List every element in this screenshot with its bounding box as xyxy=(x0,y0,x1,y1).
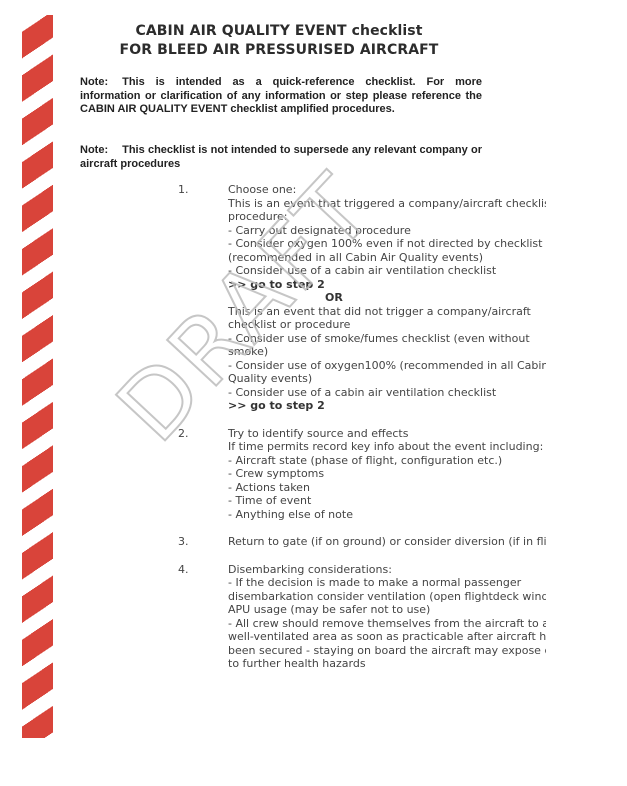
step-line: - If the decision is made to make a norm… xyxy=(228,576,546,590)
title-line-2: FOR BLEED AIR PRESSURISED AIRCRAFT xyxy=(80,41,478,60)
step-line: - Crew symptoms xyxy=(228,467,546,481)
step-line: Try to identify source and effects xyxy=(228,427,546,441)
step-line: - Consider use of a cabin air ventilatio… xyxy=(228,264,546,278)
step-line: disembarkation consider ventilation (ope… xyxy=(228,590,546,604)
step-body: Disembarking considerations: - If the de… xyxy=(228,563,546,671)
step-line: - Aircraft state (phase of flight, confi… xyxy=(228,454,546,468)
or-separator: OR xyxy=(228,291,546,305)
step-number: 4. xyxy=(178,563,189,577)
goto-step-2-link: >> go to step 2 xyxy=(228,278,546,292)
title-line-1: CABIN AIR QUALITY EVENT checklist xyxy=(80,22,478,41)
step-line: This is an event that triggered a compan… xyxy=(228,197,546,211)
note-text: This checklist is not intended to supers… xyxy=(80,144,482,170)
step-line: If time permits record key info about th… xyxy=(228,440,546,454)
step-4: 4. Disembarking considerations: - If the… xyxy=(0,563,546,671)
note-label: Note: xyxy=(80,76,108,88)
step-line: APU usage (may be safer not to use) xyxy=(228,603,546,617)
note-label: Note: xyxy=(80,144,108,156)
step-line: Quality events) xyxy=(228,372,546,386)
step-line: - Anything else of note xyxy=(228,508,546,522)
step-line: - All crew should remove themselves from… xyxy=(228,617,546,631)
document-title: CABIN AIR QUALITY EVENT checklist FOR BL… xyxy=(80,22,478,60)
note-quick-reference: Note:This is intended as a quick-referen… xyxy=(80,76,482,117)
step-line: - Carry out designated procedure xyxy=(228,224,546,238)
step-body: Return to gate (if on ground) or conside… xyxy=(228,535,546,549)
checklist-steps: 1. Choose one: This is an event that tri… xyxy=(0,183,546,683)
step-number: 1. xyxy=(178,183,189,197)
step-line: well-ventilated area as soon as practica… xyxy=(228,630,546,644)
step-body: Choose one: This is an event that trigge… xyxy=(228,183,546,413)
step-number: 3. xyxy=(178,535,189,549)
step-line: smoke) xyxy=(228,345,546,359)
step-line: been secured - staying on board the airc… xyxy=(228,644,546,658)
step-line: Return to gate (if on ground) or conside… xyxy=(228,535,546,549)
step-line: (recommended in all Cabin Air Quality ev… xyxy=(228,251,546,265)
step-line: This is an event that did not trigger a … xyxy=(228,305,546,319)
step-3: 3. Return to gate (if on ground) or cons… xyxy=(0,535,546,549)
step-line: procedure: xyxy=(228,210,546,224)
step-line: to further health hazards xyxy=(228,657,546,671)
step-number: 2. xyxy=(178,427,189,441)
step-line: - Consider oxygen 100% even if not direc… xyxy=(228,237,546,251)
step-2: 2. Try to identify source and effects If… xyxy=(0,427,546,522)
note-supersede: Note:This checklist is not intended to s… xyxy=(80,144,482,171)
step-line: checklist or procedure xyxy=(228,318,546,332)
step-body: Try to identify source and effects If ti… xyxy=(228,427,546,522)
step-1: 1. Choose one: This is an event that tri… xyxy=(0,183,546,413)
step-line: - Consider use of oxygen100% (recommende… xyxy=(228,359,546,373)
note-text: This is intended as a quick-reference ch… xyxy=(80,76,482,115)
step-line: - Consider use of a cabin air ventilatio… xyxy=(228,386,546,400)
step-line: Choose one: xyxy=(228,183,546,197)
step-line: Disembarking considerations: xyxy=(228,563,546,577)
step-line: - Time of event xyxy=(228,494,546,508)
step-line: - Consider use of smoke/fumes checklist … xyxy=(228,332,546,346)
goto-step-2-link: >> go to step 2 xyxy=(228,399,546,413)
step-line: - Actions taken xyxy=(228,481,546,495)
